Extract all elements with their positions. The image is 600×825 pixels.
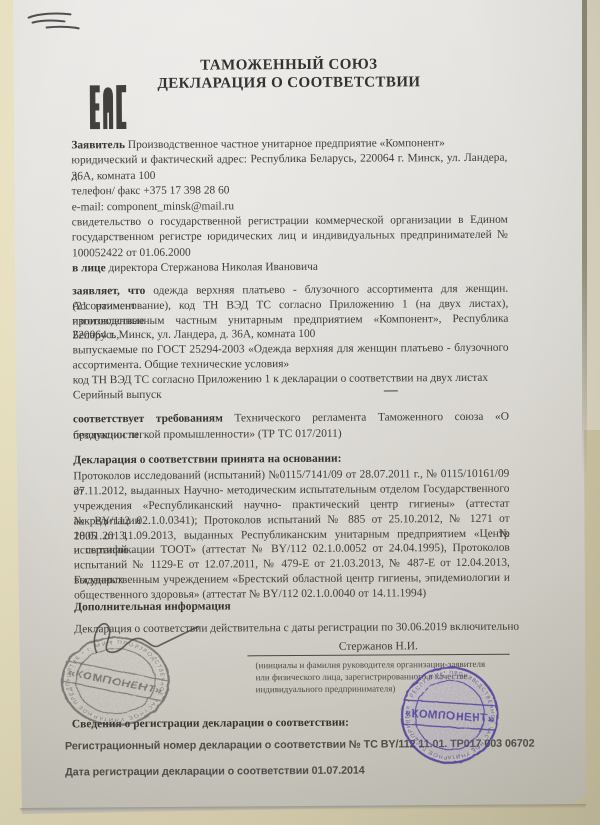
- document-title-line1: ТАМОЖЕННЫЙ СОЮЗ: [71, 56, 507, 76]
- pen-scribble-icon: [25, 7, 80, 33]
- svg-text:«КОМПОНЕНТ»: «КОМПОНЕНТ»: [405, 708, 495, 726]
- signature-caption: (инициалы и фамилия руководителя организ…: [255, 658, 545, 696]
- text-line: соответствует требованиям Технического р…: [73, 410, 509, 428]
- serial-dash-mark: [384, 390, 398, 391]
- text-line: код ТН ВЭД ТС согласно Приложению 1 к де…: [73, 371, 509, 388]
- text-line: в лице директора Стержанова Николая Иван…: [72, 259, 508, 277]
- signature-stroke: [86, 604, 211, 667]
- text-line: продукции легкой промышленности» (ТР ТС …: [73, 425, 509, 443]
- applicant-block: Заявитель Производственное частное унита…: [71, 136, 508, 277]
- registration-header: Сведения о регистрации декларации о соот…: [72, 717, 349, 731]
- signature-line: Стержанов Н.И.: [247, 639, 509, 657]
- basis-block: Протоколов исследований (испытаний) №011…: [73, 467, 510, 604]
- svg-text:«КОМПОНЕНТ»: «КОМПОНЕНТ»: [67, 667, 164, 696]
- text-line: выпускаемые по ГОСТ 25294-2003 «Одежда в…: [73, 341, 509, 358]
- text-line: Государственным учреждением «Брестский о…: [74, 571, 510, 589]
- document-content: ТАМОЖЕННЫЙ СОЮЗ ДЕКЛАРАЦИЯ О СООТВЕТСТВИ…: [0, 0, 600, 825]
- registration-date-line: Дата регистрации декларации о соответств…: [65, 765, 365, 779]
- declares-block: заявляет, что одежда верхняя платьево - …: [72, 282, 509, 403]
- eac-mark-icon: [88, 85, 128, 129]
- text-line: юридический и фактический адрес: Республ…: [71, 151, 507, 169]
- text-line: Серийный выпуск: [73, 385, 509, 402]
- text-line: государственном регистре юридических лиц…: [72, 228, 508, 246]
- photographed-declaration-document: ТАМОЖЕННЫЙ СОЮЗ ДЕКЛАРАЦИЯ О СООТВЕТСТВИ…: [0, 0, 600, 825]
- conforms-block: соответствует требованиям Технического р…: [73, 410, 509, 444]
- document-title-line2: ДЕКЛАРАЦИЯ О СООТВЕТСТВИИ: [71, 74, 507, 94]
- registration-number-line: Регистрационный номер декларации о соотв…: [65, 738, 535, 753]
- basis-header: Декларация о соответствии принята на осн…: [73, 452, 509, 467]
- text-line: индивидуального предпринимателя): [256, 682, 546, 696]
- signatory-name: Стержанов Н.И.: [339, 640, 418, 652]
